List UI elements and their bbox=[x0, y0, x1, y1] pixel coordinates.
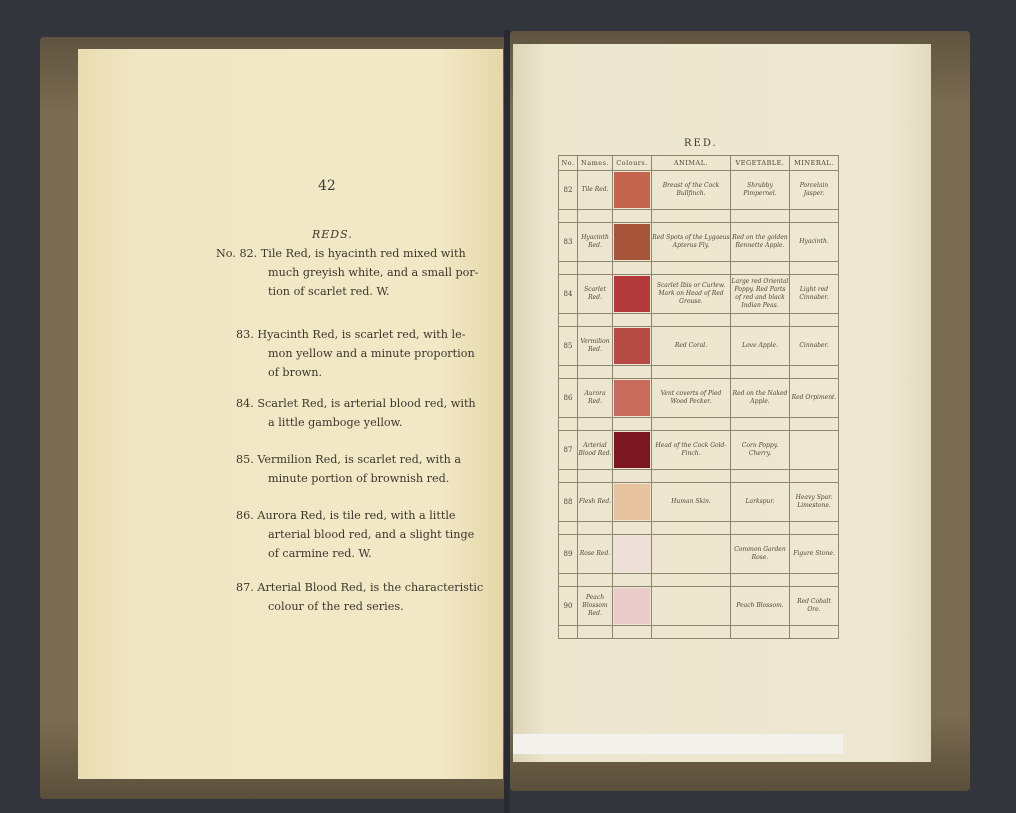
entry-line: of carmine red. W. bbox=[236, 544, 474, 563]
cell-mineral bbox=[790, 431, 839, 470]
cell-name: Rose Red. bbox=[578, 535, 613, 574]
cell-mineral: Figure Stone. bbox=[790, 535, 839, 574]
color-swatch bbox=[614, 484, 650, 520]
table-row: 89Rose Red.Common Garden Rose.Figure Sto… bbox=[559, 535, 839, 574]
color-entry: 85. Vermilion Red, is scarlet red, with … bbox=[236, 450, 461, 488]
cell-animal: Vent coverts of Pied Wood Pecker. bbox=[652, 379, 731, 418]
header-vegetable: VEGETABLE. bbox=[731, 156, 790, 171]
entry-line: minute portion of brownish red. bbox=[236, 469, 461, 488]
entry-number: No. 82. bbox=[216, 247, 257, 260]
spacer-row bbox=[559, 418, 839, 431]
header-colours: Colours. bbox=[613, 156, 652, 171]
entry-text: Aurora Red, is tile red, with a little bbox=[257, 509, 455, 522]
cell-no: 89 bbox=[559, 535, 578, 574]
spacer-cell bbox=[731, 262, 790, 275]
cell-animal: Breast of the Cock Bullfinch. bbox=[652, 171, 731, 210]
cell-animal: Head of the Cock Gold-Finch. bbox=[652, 431, 731, 470]
spacer-cell bbox=[578, 522, 613, 535]
spacer-cell bbox=[559, 262, 578, 275]
cell-no: 85 bbox=[559, 327, 578, 366]
spacer-cell bbox=[578, 418, 613, 431]
cell-vegetable: Common Garden Rose. bbox=[731, 535, 790, 574]
spacer-cell bbox=[790, 470, 839, 483]
cell-name: Arterial Blood Red. bbox=[578, 431, 613, 470]
spacer-cell bbox=[613, 470, 652, 483]
color-swatch bbox=[614, 172, 650, 208]
spacer-cell bbox=[613, 262, 652, 275]
cell-animal: Human Skin. bbox=[652, 483, 731, 522]
color-swatch bbox=[614, 224, 650, 260]
cell-color bbox=[613, 379, 652, 418]
spacer-cell bbox=[652, 366, 731, 379]
color-swatch bbox=[614, 432, 650, 468]
cell-animal bbox=[652, 587, 731, 626]
spacer-cell bbox=[790, 314, 839, 327]
entry-line: 83. Hyacinth Red, is scarlet red, with l… bbox=[236, 325, 475, 344]
cell-name: Vermilion Red. bbox=[578, 327, 613, 366]
cell-color bbox=[613, 431, 652, 470]
spacer-cell bbox=[613, 210, 652, 223]
spacer-row bbox=[559, 470, 839, 483]
spacer-row bbox=[559, 314, 839, 327]
entry-line: arterial blood red, and a slight tinge bbox=[236, 525, 474, 544]
cell-mineral: Red Cobalt Ore. bbox=[790, 587, 839, 626]
spacer-row bbox=[559, 210, 839, 223]
table-row: 83Hyacinth Red.Red Spots of the Lygaeus … bbox=[559, 223, 839, 262]
cell-no: 84 bbox=[559, 275, 578, 314]
cell-no: 87 bbox=[559, 431, 578, 470]
spacer-cell bbox=[578, 470, 613, 483]
entry-number: 84. bbox=[236, 397, 254, 410]
entry-number: 86. bbox=[236, 509, 254, 522]
cell-no: 86 bbox=[559, 379, 578, 418]
spacer-cell bbox=[652, 470, 731, 483]
entry-number: 87. bbox=[236, 581, 254, 594]
spacer-cell bbox=[731, 626, 790, 639]
cell-name: Hyacinth Red. bbox=[578, 223, 613, 262]
spacer-cell bbox=[731, 210, 790, 223]
color-entry: No. 82. Tile Red, is hyacinth red mixed … bbox=[216, 244, 479, 301]
spacer-cell bbox=[613, 574, 652, 587]
table-row: 90Peach Blossom Red.Peach Blossom.Red Co… bbox=[559, 587, 839, 626]
color-entry: 84. Scarlet Red, is arterial blood red, … bbox=[236, 394, 476, 432]
spacer-cell bbox=[559, 574, 578, 587]
spacer-cell bbox=[652, 314, 731, 327]
page-number: 42 bbox=[318, 178, 336, 194]
spacer-cell bbox=[578, 262, 613, 275]
cell-mineral: Porcelain Jasper. bbox=[790, 171, 839, 210]
cell-no: 83 bbox=[559, 223, 578, 262]
spacer-cell bbox=[578, 314, 613, 327]
spacer-cell bbox=[613, 418, 652, 431]
entry-text: Vermilion Red, is scarlet red, with a bbox=[257, 453, 461, 466]
cell-mineral: Cinnaber. bbox=[790, 327, 839, 366]
color-entry: 87. Arterial Blood Red, is the character… bbox=[236, 578, 483, 616]
spacer-cell bbox=[731, 314, 790, 327]
spacer-cell bbox=[731, 522, 790, 535]
section-title: REDS. bbox=[312, 228, 353, 241]
spacer-row bbox=[559, 522, 839, 535]
cell-mineral: Heavy Spar. Limestone. bbox=[790, 483, 839, 522]
color-swatch bbox=[614, 276, 650, 312]
color-entry: 86. Aurora Red, is tile red, with a litt… bbox=[236, 506, 474, 563]
cell-vegetable: Red on the golden Rennette Apple. bbox=[731, 223, 790, 262]
spacer-cell bbox=[790, 574, 839, 587]
table-row: 86Aurora Red.Vent coverts of Pied Wood P… bbox=[559, 379, 839, 418]
cell-vegetable: Peach Blossom. bbox=[731, 587, 790, 626]
cell-vegetable: Corn Poppy. Cherry. bbox=[731, 431, 790, 470]
spacer-cell bbox=[559, 366, 578, 379]
spacer-cell bbox=[559, 626, 578, 639]
table-row: 82Tile Red.Breast of the Cock Bullfinch.… bbox=[559, 171, 839, 210]
entry-line: 87. Arterial Blood Red, is the character… bbox=[236, 578, 483, 597]
color-swatch bbox=[614, 588, 650, 624]
entry-text: Tile Red, is hyacinth red mixed with bbox=[261, 247, 466, 260]
entry-number: 85. bbox=[236, 453, 254, 466]
table-header-row: No. Names. Colours. ANIMAL. VEGETABLE. M… bbox=[559, 156, 839, 171]
cell-mineral: Light red Cinnaber. bbox=[790, 275, 839, 314]
header-no: No. bbox=[559, 156, 578, 171]
cell-color bbox=[613, 223, 652, 262]
spacer-cell bbox=[652, 626, 731, 639]
cell-color bbox=[613, 535, 652, 574]
spacer-cell bbox=[559, 522, 578, 535]
cell-animal: Red Spots of the Lygaeus Apterus Fly. bbox=[652, 223, 731, 262]
cell-vegetable: Large red Oriental Poppy. Red Parts of r… bbox=[731, 275, 790, 314]
entry-text: Scarlet Red, is arterial blood red, with bbox=[257, 397, 475, 410]
cell-name: Peach Blossom Red. bbox=[578, 587, 613, 626]
spacer-cell bbox=[790, 522, 839, 535]
cell-vegetable: Larkspur. bbox=[731, 483, 790, 522]
spacer-cell bbox=[790, 418, 839, 431]
spacer-cell bbox=[559, 314, 578, 327]
spacer-cell bbox=[652, 210, 731, 223]
spacer-cell bbox=[559, 210, 578, 223]
header-names: Names. bbox=[578, 156, 613, 171]
spacer-cell bbox=[790, 626, 839, 639]
spacer-cell bbox=[790, 366, 839, 379]
cell-mineral: Hyacinth. bbox=[790, 223, 839, 262]
spacer-row bbox=[559, 574, 839, 587]
cell-animal: Scarlet Ibis or Curlew. Mark on Head of … bbox=[652, 275, 731, 314]
spacer-cell bbox=[790, 262, 839, 275]
cell-animal bbox=[652, 535, 731, 574]
spacer-cell bbox=[731, 574, 790, 587]
cell-no: 82 bbox=[559, 171, 578, 210]
spacer-cell bbox=[578, 626, 613, 639]
cell-color bbox=[613, 275, 652, 314]
spacer-cell bbox=[578, 210, 613, 223]
spacer-cell bbox=[559, 470, 578, 483]
spacer-row bbox=[559, 626, 839, 639]
header-animal: ANIMAL. bbox=[652, 156, 731, 171]
spacer-cell bbox=[652, 522, 731, 535]
cell-color bbox=[613, 327, 652, 366]
entry-line: mon yellow and a minute proportion bbox=[236, 344, 475, 363]
entry-line: 86. Aurora Red, is tile red, with a litt… bbox=[236, 506, 474, 525]
color-swatch bbox=[614, 380, 650, 416]
book-spine bbox=[504, 30, 510, 813]
cell-animal: Red Coral. bbox=[652, 327, 731, 366]
spacer-cell bbox=[790, 210, 839, 223]
entry-line: tion of scarlet red. W. bbox=[216, 282, 479, 301]
entry-line: much greyish white, and a small por- bbox=[216, 263, 479, 282]
spacer-cell bbox=[731, 366, 790, 379]
color-swatch bbox=[614, 328, 650, 364]
spacer-row bbox=[559, 366, 839, 379]
spacer-cell bbox=[559, 418, 578, 431]
cell-vegetable: Love Apple. bbox=[731, 327, 790, 366]
cell-no: 88 bbox=[559, 483, 578, 522]
spacer-cell bbox=[731, 418, 790, 431]
spacer-cell bbox=[613, 522, 652, 535]
cell-no: 90 bbox=[559, 587, 578, 626]
cell-vegetable: Shrubby Pimpernel. bbox=[731, 171, 790, 210]
spacer-cell bbox=[731, 470, 790, 483]
cell-color bbox=[613, 171, 652, 210]
entry-line: No. 82. Tile Red, is hyacinth red mixed … bbox=[216, 244, 479, 263]
cell-vegetable: Red on the Naked Apple. bbox=[731, 379, 790, 418]
table-row: 87Arterial Blood Red.Head of the Cock Go… bbox=[559, 431, 839, 470]
entry-line: of brown. bbox=[236, 363, 475, 382]
cell-color bbox=[613, 483, 652, 522]
spacer-cell bbox=[652, 574, 731, 587]
table-row: 85Vermilion Red.Red Coral.Love Apple.Cin… bbox=[559, 327, 839, 366]
table-title: RED. bbox=[684, 138, 718, 149]
cell-name: Aurora Red. bbox=[578, 379, 613, 418]
cell-mineral: Red Orpiment. bbox=[790, 379, 839, 418]
entry-number: 83. bbox=[236, 328, 254, 341]
paper-strip bbox=[513, 734, 843, 754]
cell-name: Scarlet Red. bbox=[578, 275, 613, 314]
table-row: 84Scarlet Red.Scarlet Ibis or Curlew. Ma… bbox=[559, 275, 839, 314]
cell-name: Tile Red. bbox=[578, 171, 613, 210]
cell-name: Flesh Red. bbox=[578, 483, 613, 522]
color-entry: 83. Hyacinth Red, is scarlet red, with l… bbox=[236, 325, 475, 382]
color-swatch bbox=[614, 536, 650, 572]
entry-line: colour of the red series. bbox=[236, 597, 483, 616]
entry-line: 85. Vermilion Red, is scarlet red, with … bbox=[236, 450, 461, 469]
spacer-cell bbox=[613, 626, 652, 639]
spacer-cell bbox=[652, 418, 731, 431]
table-row: 88Flesh Red.Human Skin.Larkspur.Heavy Sp… bbox=[559, 483, 839, 522]
entry-line: a little gamboge yellow. bbox=[236, 413, 476, 432]
spacer-cell bbox=[613, 314, 652, 327]
spacer-cell bbox=[578, 574, 613, 587]
cell-color bbox=[613, 587, 652, 626]
entry-line: 84. Scarlet Red, is arterial blood red, … bbox=[236, 394, 476, 413]
spacer-cell bbox=[652, 262, 731, 275]
header-mineral: MINERAL. bbox=[790, 156, 839, 171]
color-table: No. Names. Colours. ANIMAL. VEGETABLE. M… bbox=[558, 155, 839, 639]
spacer-cell bbox=[578, 366, 613, 379]
entry-text: Hyacinth Red, is scarlet red, with le- bbox=[257, 328, 465, 341]
spacer-cell bbox=[613, 366, 652, 379]
entry-text: Arterial Blood Red, is the characteristi… bbox=[257, 581, 483, 594]
spacer-row bbox=[559, 262, 839, 275]
